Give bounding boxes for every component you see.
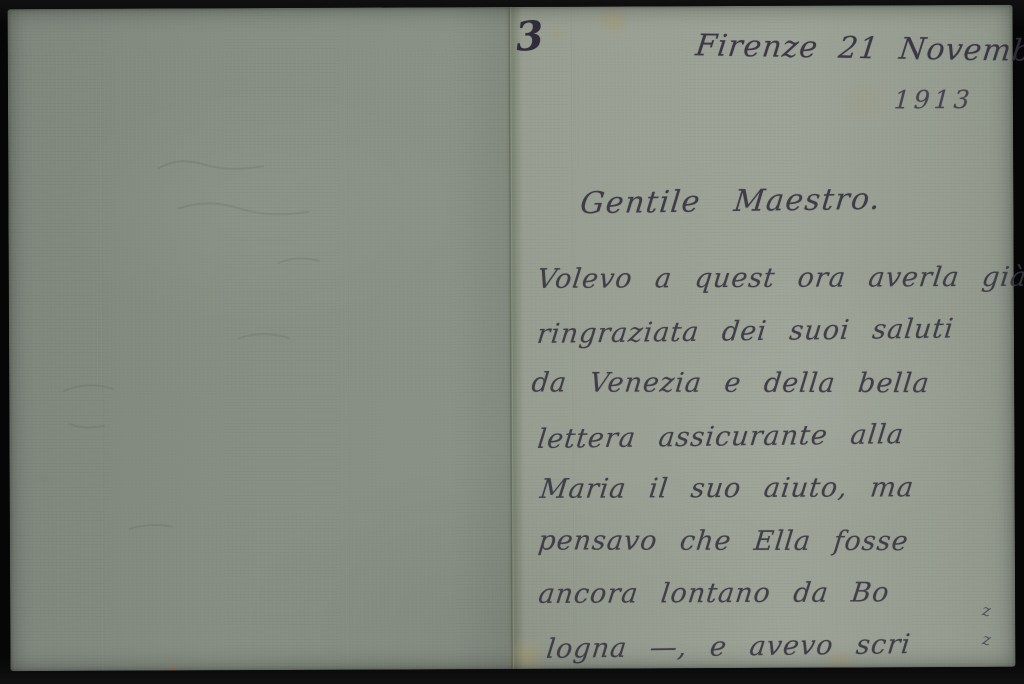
letter-line: Volevo a quest ora averla già — [534, 255, 1010, 310]
letter-body: Volevo a quest ora averla già ringraziat… — [537, 255, 1009, 677]
dateline-year: 1913 — [893, 85, 975, 114]
dateline: Firenze 21 Novembre — [694, 28, 1024, 69]
letter-line: ringraziata dei suoi saluti — [534, 305, 1010, 364]
letter-line: logna —, e avevo scri — [543, 620, 1011, 679]
letter-line: ancora lontano da Bo — [535, 570, 1011, 625]
crease-minor — [346, 8, 351, 670]
letter-line: Maria il suo aiuto, ma — [537, 465, 1011, 520]
page-number: 3 — [514, 12, 545, 61]
edge-mark: z — [981, 600, 992, 620]
show-through-marks — [8, 7, 511, 671]
fold-crease — [508, 7, 515, 669]
photo-frame: 3 Firenze 21 Novembre 1913 Gentile Maest… — [0, 0, 1024, 684]
crease-minor — [100, 9, 105, 671]
letter-sheet: 3 Firenze 21 Novembre 1913 Gentile Maest… — [8, 5, 1016, 671]
salutation: Gentile Maestro. — [579, 182, 884, 222]
edge-marks: z z — [982, 601, 991, 649]
edge-mark: z — [981, 629, 992, 649]
letter-line: lettera assicurante alla — [534, 410, 1010, 469]
letter-line: da Venezia e della bella — [529, 360, 1010, 413]
letter-line: pensavo che Ella fosse — [535, 518, 1010, 571]
